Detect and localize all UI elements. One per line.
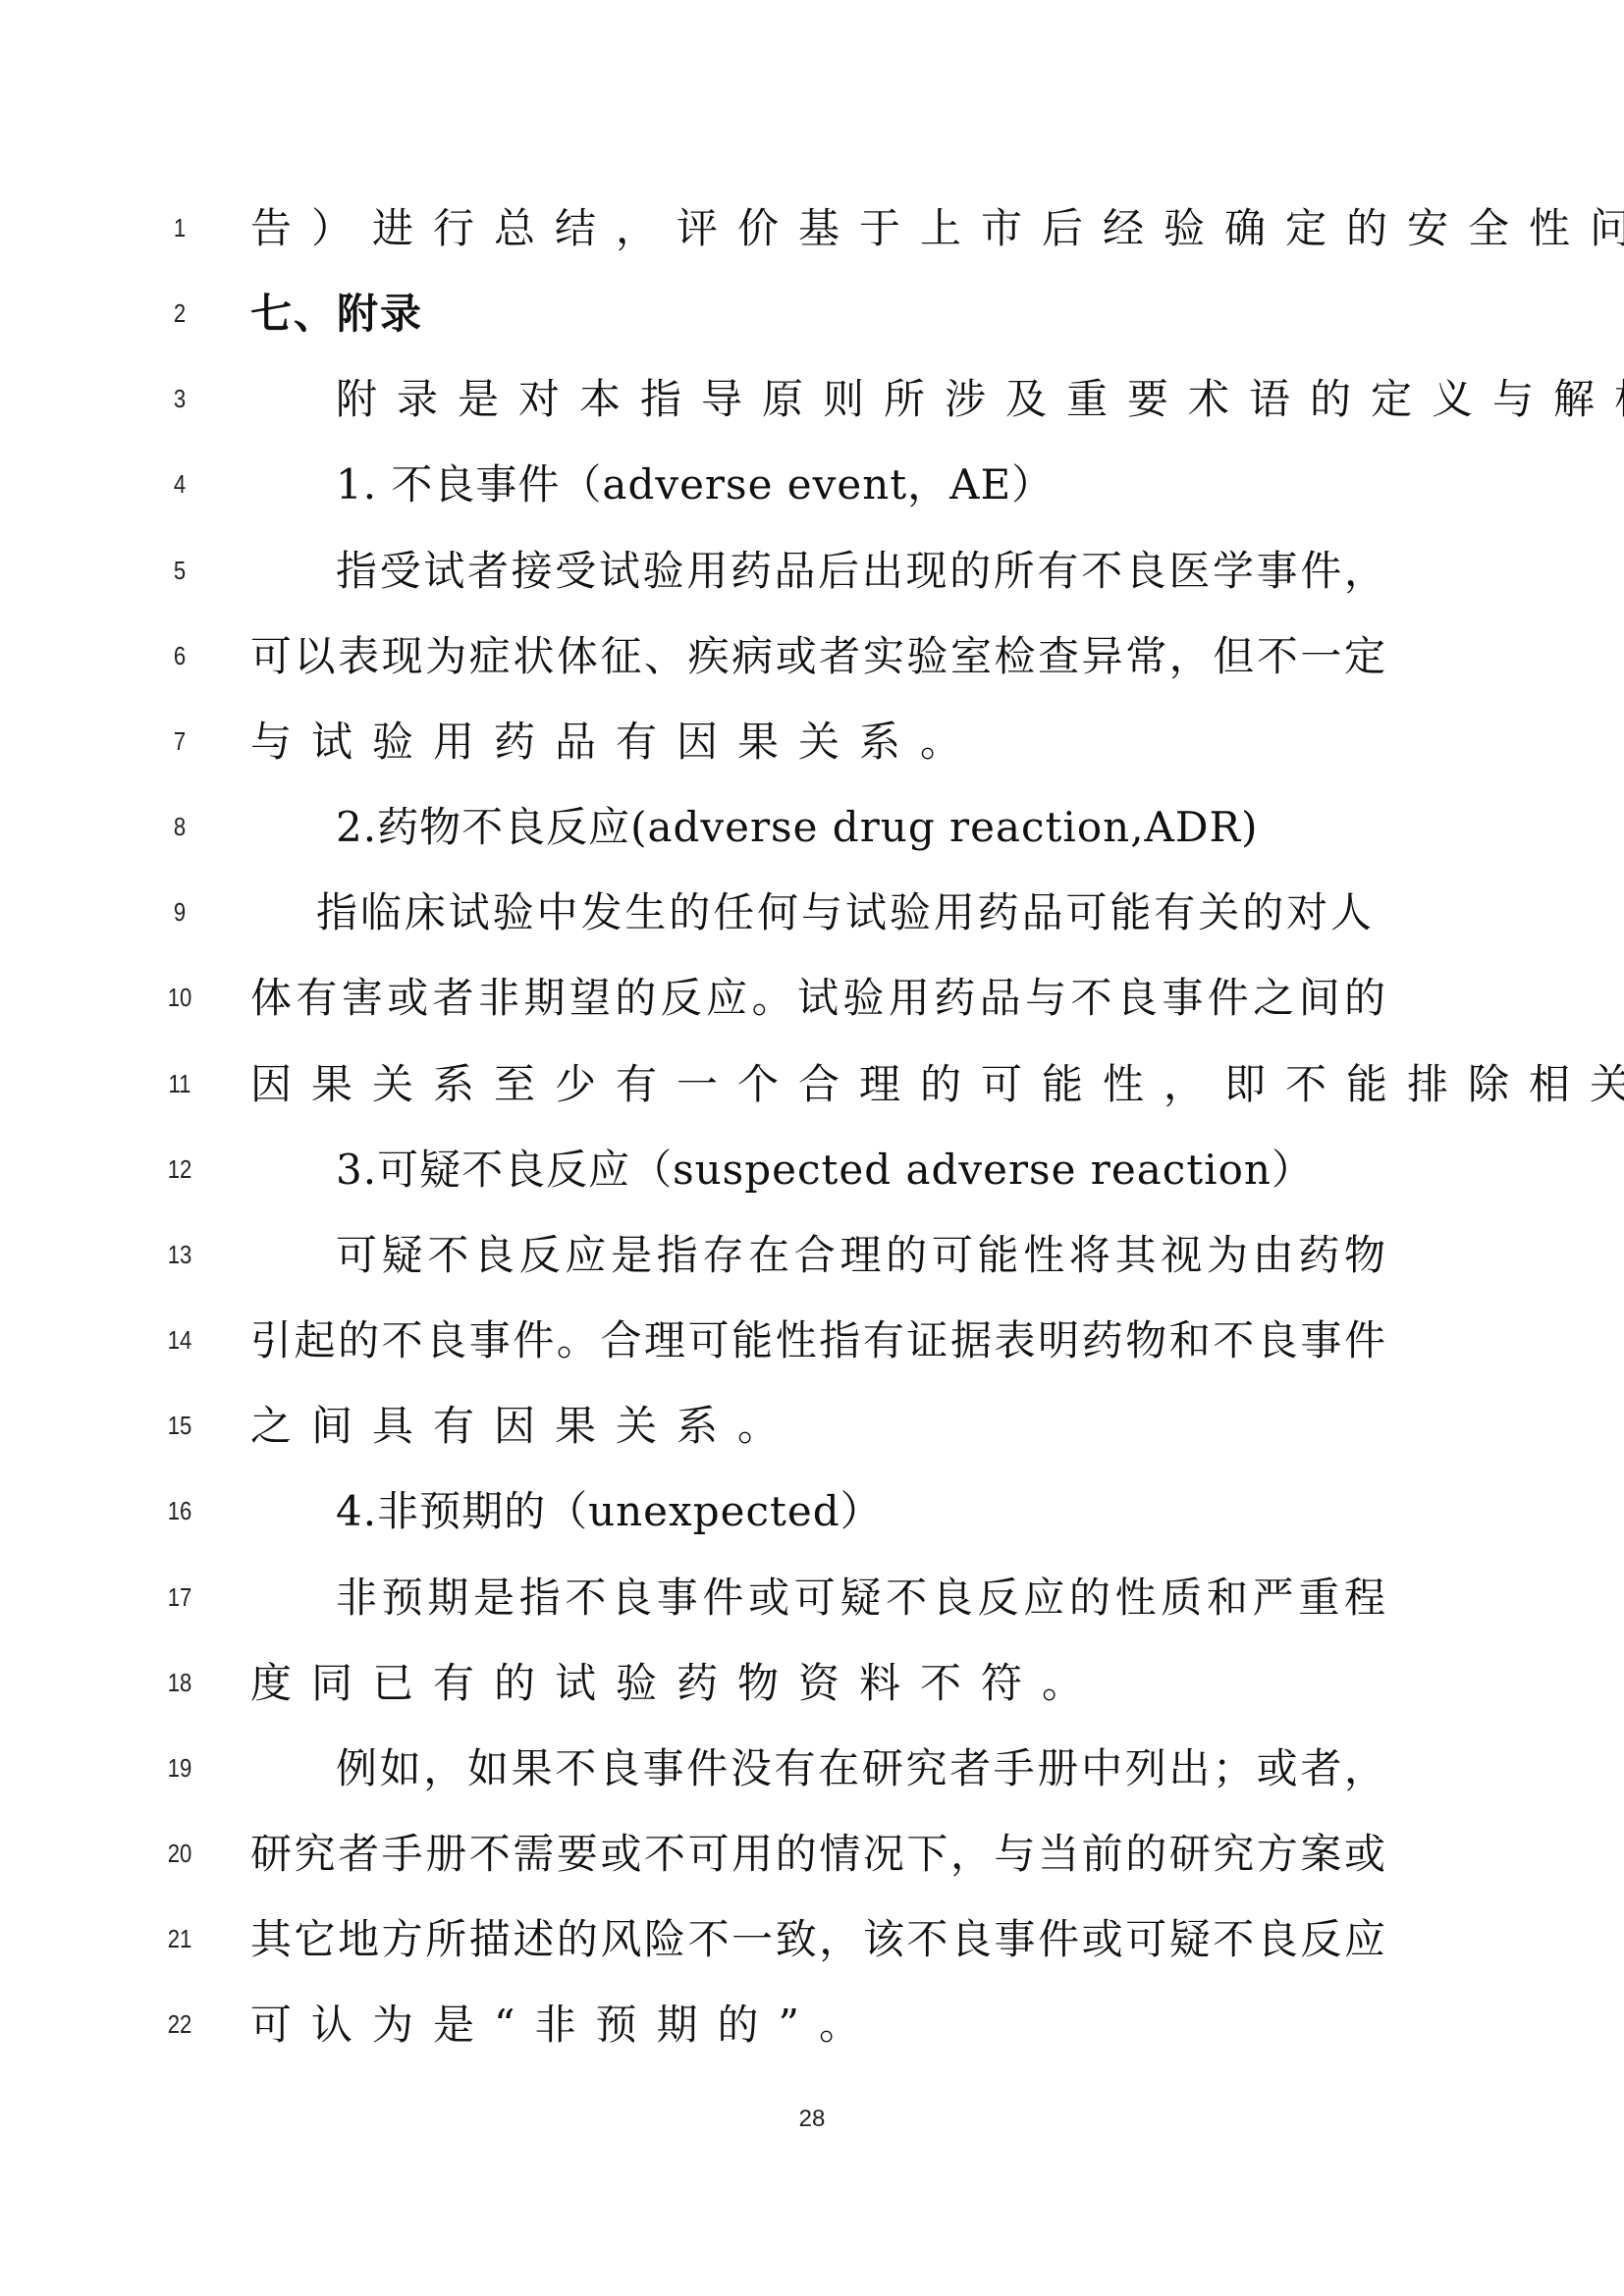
line-number: 11 [160,1069,198,1099]
document-line: 14 引起的不良事件。合理可能性指有证据表明药物和不良事件 [0,1311,1624,1370]
document-line: 9 指临床试验中发生的任何与试验用药品可能有关的对人 [0,883,1624,942]
line-number: 13 [160,1240,198,1270]
document-line: 13 可疑不良反应是指存在合理的可能性将其视为由药物 [0,1226,1624,1285]
term-heading: 1. 不良事件（adverse event，AE） [336,455,1054,514]
line-number: 8 [160,812,198,842]
line-number: 20 [160,1839,198,1869]
line-number: 19 [160,1753,198,1784]
document-line: 20 研究者手册不需要或不可用的情况下，与当前的研究方案或 [0,1825,1624,1884]
document-line: 17 非预期是指不良事件或可疑不良反应的性质和严重程 [0,1569,1624,1628]
paragraph-text: 其它地方所描述的风险不一致，该不良事件或可疑不良反应 [250,1910,1385,1969]
line-number: 2 [160,298,198,329]
paragraph-text: 与试验用药品有因果关系。 [250,713,981,772]
document-line: 18 度同已有的试验药物资料不符。 [0,1654,1624,1713]
document-line: 10 体有害或者非期望的反应。试验用药品与不良事件之间的 [0,969,1624,1028]
document-line: 11 因果关系至少有一个合理的可能性，即不能排除相关性。 [0,1055,1624,1114]
paragraph-text: 引起的不良事件。合理可能性指有证据表明药物和不良事件 [250,1311,1385,1370]
paragraph-text: 可认为是“非预期的”。 [250,1996,880,2055]
paragraph-text: 可以表现为症状体征、疾病或者实验室检查异常，但不一定 [250,627,1385,686]
document-line: 3 附录是对本指导原则所涉及重要术语的定义与解析。 [0,370,1624,429]
paragraph-text: 之间具有因果关系。 [250,1397,798,1456]
paragraph-text: 告）进行总结，评价基于上市后经验确定的安全性问题。 [250,199,1624,258]
line-number: 3 [160,384,198,414]
document-line: 22 可认为是“非预期的”。 [0,1996,1624,2055]
paragraph-text: 指受试者接受试验用药品后出现的所有不良医学事件， [336,542,1385,601]
paragraph-text: 因果关系至少有一个合理的可能性，即不能排除相关性。 [250,1055,1624,1114]
line-number: 16 [160,1496,198,1526]
line-number: 6 [160,641,198,671]
line-number: 9 [160,897,198,928]
document-line: 5 指受试者接受试验用药品后出现的所有不良医学事件， [0,542,1624,601]
paragraph-text: 研究者手册不需要或不可用的情况下，与当前的研究方案或 [250,1825,1385,1884]
document-line: 7 与试验用药品有因果关系。 [0,713,1624,772]
page-number: 28 [0,2106,1624,2133]
section-heading: 七、附录 [250,285,423,344]
paragraph-text: 非预期是指不良事件或可疑不良反应的性质和严重程 [336,1569,1385,1628]
document-line: 12 3.可疑不良反应（suspected adverse reaction） [0,1141,1624,1200]
document-line: 15 之间具有因果关系。 [0,1397,1624,1456]
line-number: 18 [160,1668,198,1698]
document-line: 4 1. 不良事件（adverse event，AE） [0,455,1624,514]
term-heading: 2.药物不良反应(adverse drug reaction,ADR) [336,798,1259,857]
line-number: 14 [160,1325,198,1356]
line-number: 22 [160,2009,198,2040]
document-page: 1 告）进行总结，评价基于上市后经验确定的安全性问题。 2 七、附录 3 附录是… [0,0,1624,2296]
term-heading: 3.可疑不良反应（suspected adverse reaction） [336,1141,1314,1200]
line-number: 17 [160,1582,198,1613]
document-line: 16 4.非预期的（unexpected） [0,1482,1624,1541]
document-line: 6 可以表现为症状体征、疾病或者实验室检查异常，但不一定 [0,627,1624,686]
line-number: 4 [160,469,198,500]
document-line: 19 例如，如果不良事件没有在研究者手册中列出；或者， [0,1739,1624,1798]
paragraph-text: 体有害或者非期望的反应。试验用药品与不良事件之间的 [250,969,1385,1028]
line-number: 12 [160,1154,198,1185]
paragraph-text: 指临床试验中发生的任何与试验用药品可能有关的对人 [316,883,1372,942]
term-heading: 4.非预期的（unexpected） [336,1482,883,1541]
document-line: 8 2.药物不良反应(adverse drug reaction,ADR) [0,798,1624,857]
paragraph-text: 度同已有的试验药物资料不符。 [250,1654,1103,1713]
document-line: 21 其它地方所描述的风险不一致，该不良事件或可疑不良反应 [0,1910,1624,1969]
document-line: 2 七、附录 [0,285,1624,344]
paragraph-text: 例如，如果不良事件没有在研究者手册中列出；或者， [336,1739,1385,1798]
line-number: 1 [160,213,198,243]
line-number: 7 [160,726,198,757]
document-line: 1 告）进行总结，评价基于上市后经验确定的安全性问题。 [0,199,1624,258]
paragraph-text: 附录是对本指导原则所涉及重要术语的定义与解析。 [336,370,1624,429]
line-number: 15 [160,1411,198,1441]
line-number: 5 [160,556,198,586]
line-number: 10 [160,983,198,1013]
paragraph-text: 可疑不良反应是指存在合理的可能性将其视为由药物 [336,1226,1385,1285]
line-number: 21 [160,1924,198,1954]
